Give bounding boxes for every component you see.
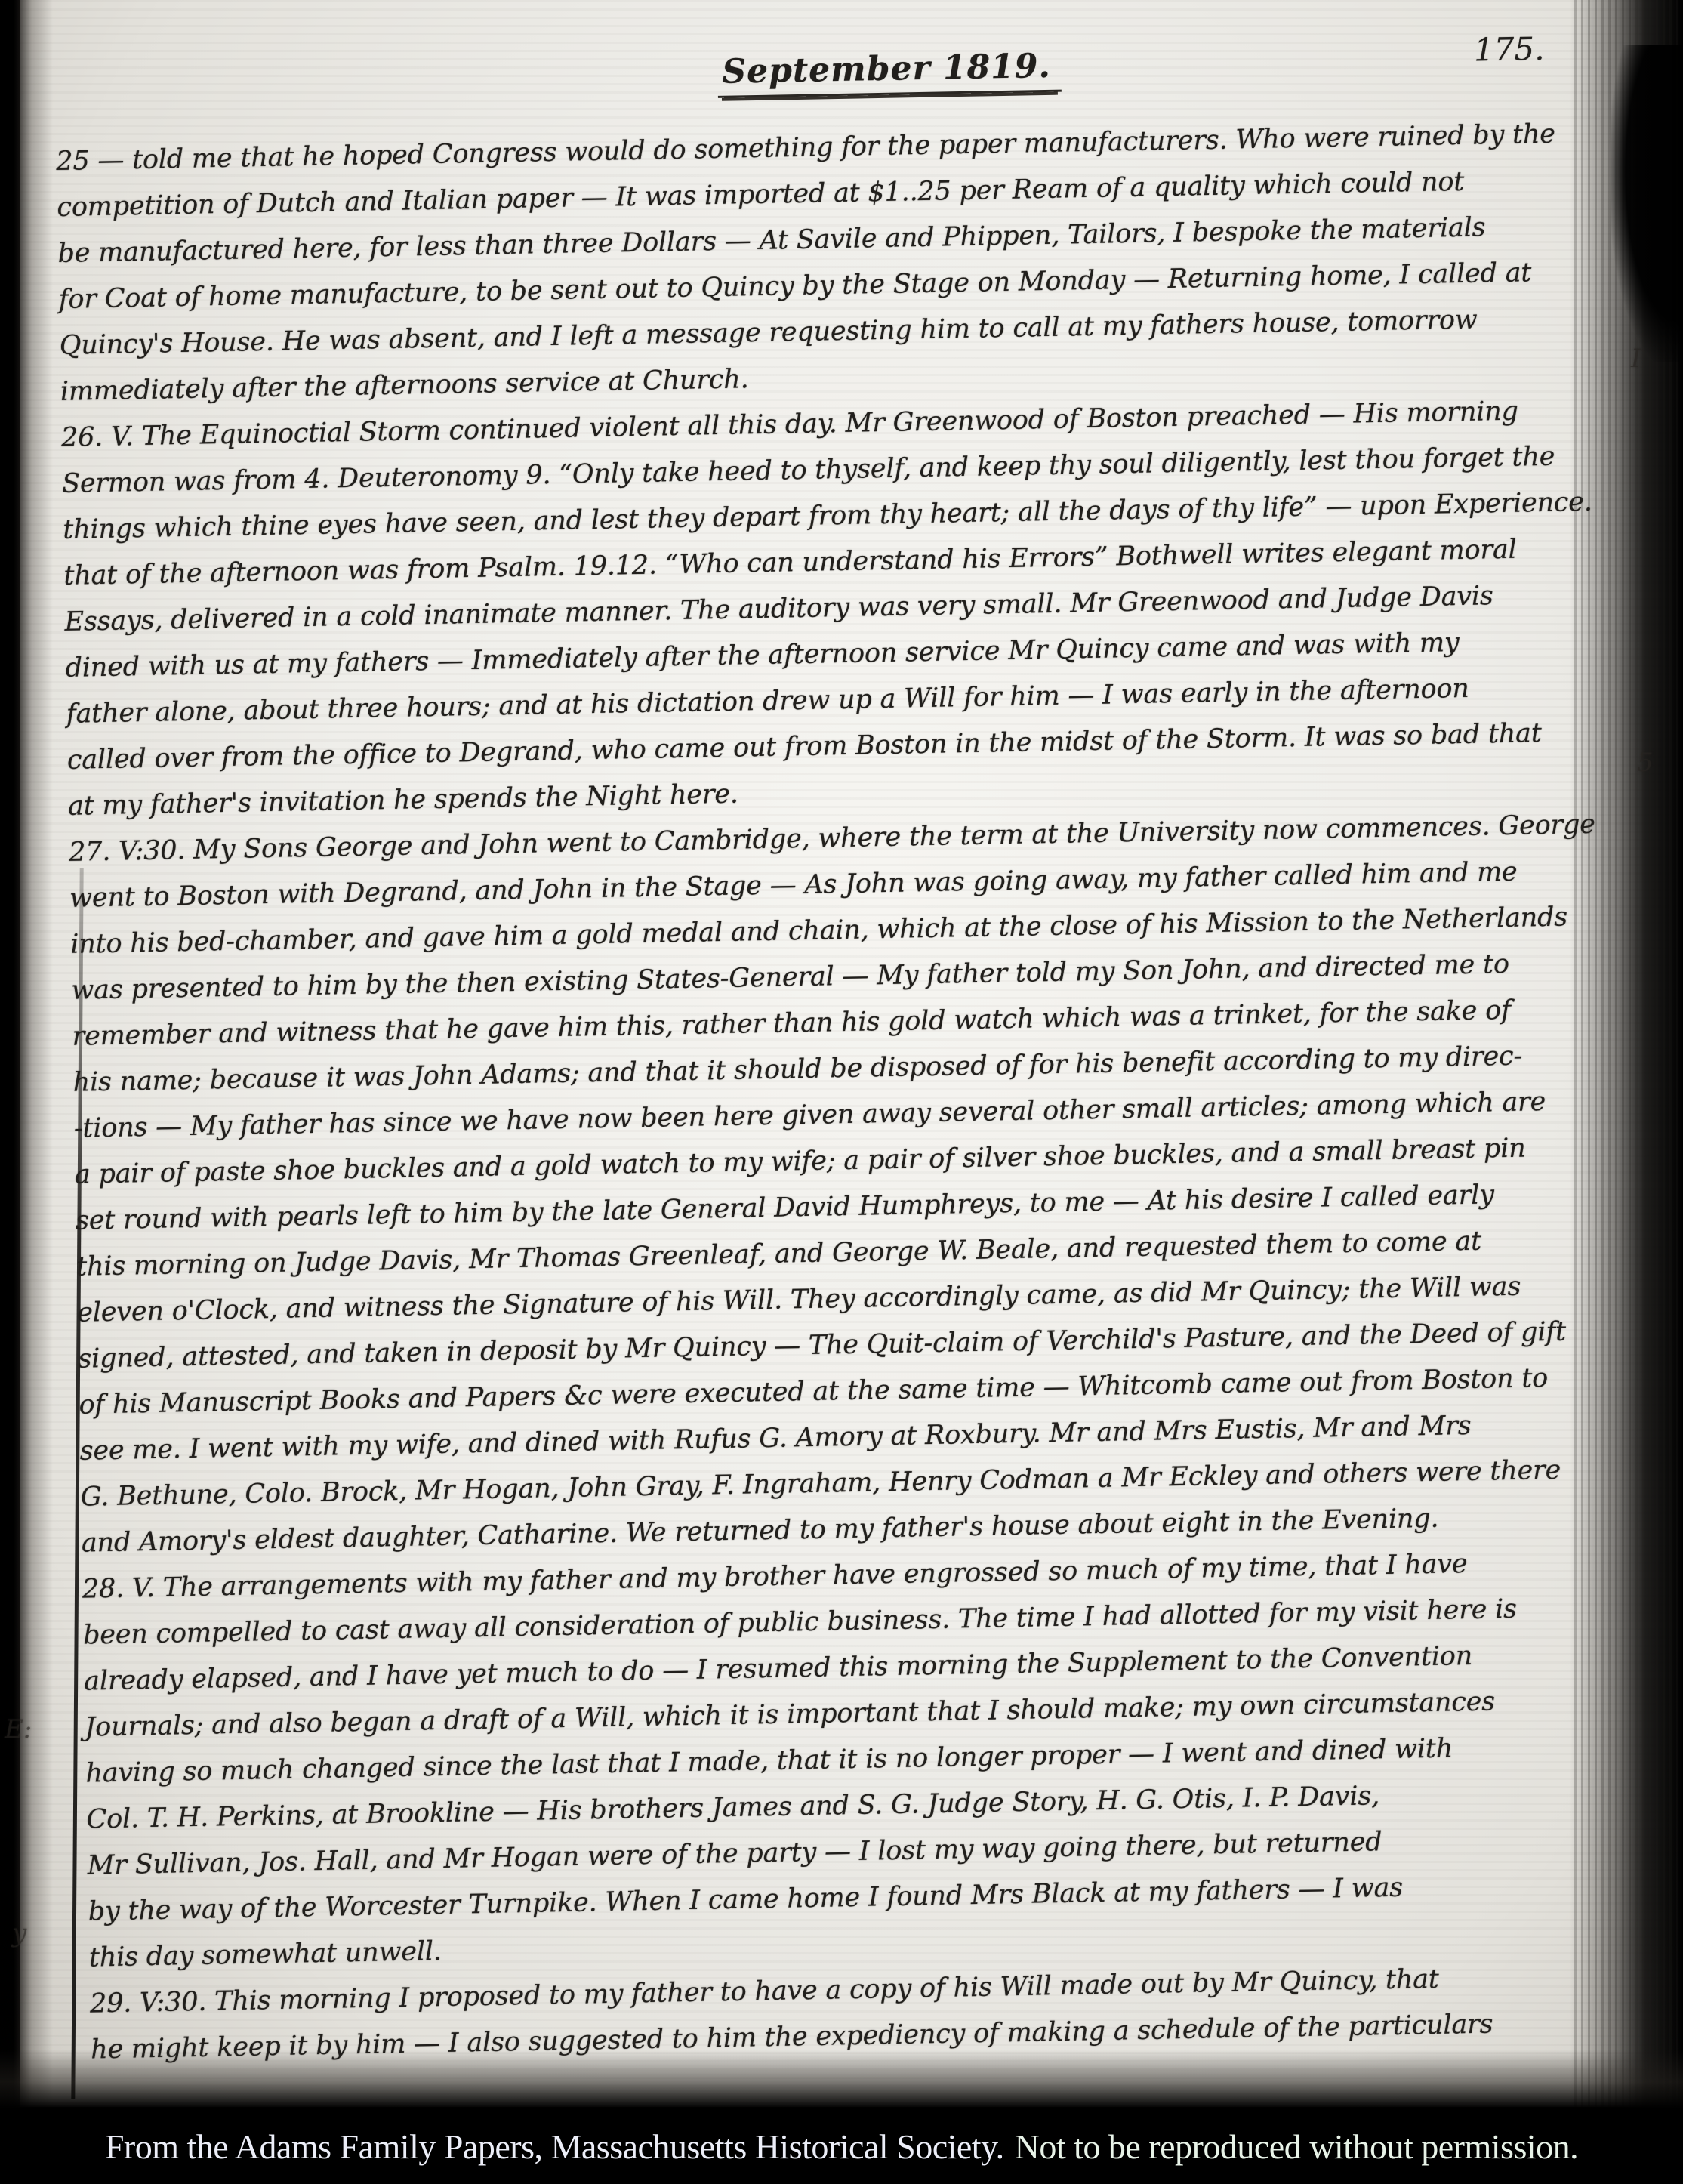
margin-mark: 5 xyxy=(1637,748,1654,778)
manuscript-scan: September 1819. 175. 25 — told me that h… xyxy=(0,0,1683,2184)
binding-shadow xyxy=(0,0,53,2107)
margin-mark: E: xyxy=(5,1714,32,1744)
date-heading: September 1819. xyxy=(717,47,1062,98)
page-bottom-shadow xyxy=(0,2050,1683,2108)
archive-credit-text: From the Adams Family Papers, Massachuse… xyxy=(105,2127,1004,2167)
archive-caption-bar: From the Adams Family Papers, Massachuse… xyxy=(0,2108,1683,2184)
margin-mark: y xyxy=(12,1918,26,1948)
reproduction-restriction-text: Not to be reproduced without permission. xyxy=(1015,2127,1579,2167)
margin-mark: I xyxy=(1631,344,1641,374)
manuscript-lines: 25 — told me that he hoped Congress woul… xyxy=(56,110,1656,2074)
handwriting-layer: September 1819. 175. 25 — told me that h… xyxy=(54,36,1655,2074)
page-number: 175. xyxy=(1474,30,1545,69)
